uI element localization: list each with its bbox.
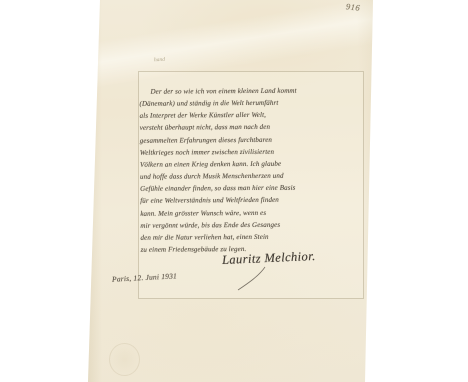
- letter-body: Der der so wie ich von einem kleinen Lan…: [139, 84, 354, 256]
- photo-background: 916 hand Der der so wie ich von einem kl…: [0, 0, 468, 382]
- catalog-number: 916: [345, 1, 360, 13]
- pencil-annotation: hand: [154, 57, 165, 63]
- blind-stamp: [109, 343, 140, 376]
- letter-sheet: 916 hand Der der so wie ich von einem kl…: [88, 0, 374, 382]
